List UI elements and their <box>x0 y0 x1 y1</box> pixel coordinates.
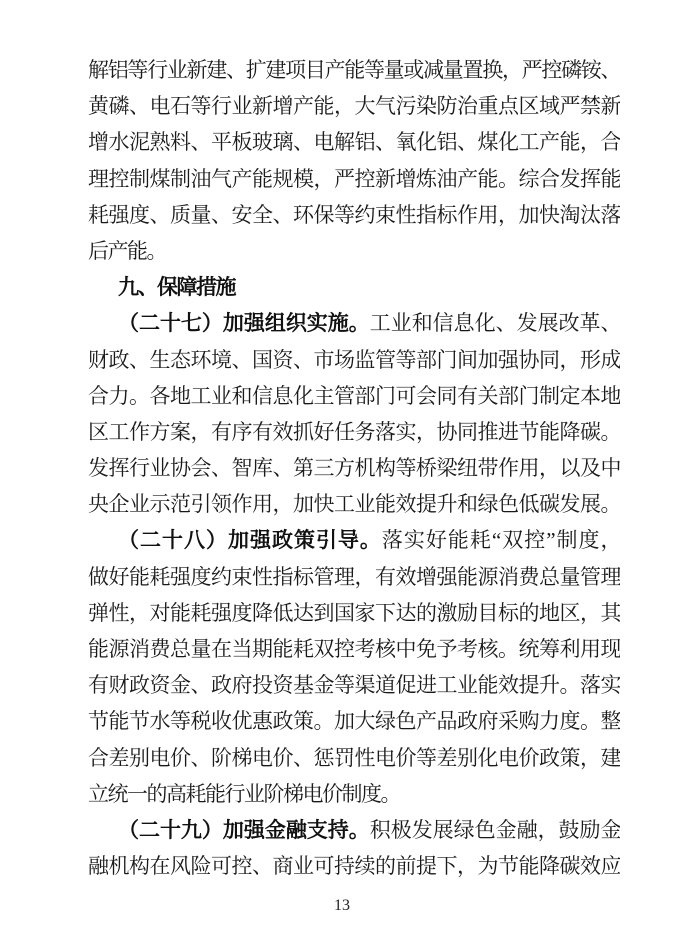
text-line: 央企业示范引领作用，加快工业能效提升和绿色低碳发展。 <box>88 486 620 522</box>
text-line: （二十八）加强政策引导。落实好能耗“双控”制度， <box>88 522 620 558</box>
body-text: 落实好能耗“双控”制度， <box>382 528 620 552</box>
bold-lead-text: 九、保障措施 <box>118 275 235 299</box>
body-text: 发挥行业协会、智库、第三方机构等桥梁纽带作用，以及中 <box>88 456 620 480</box>
text-line: 有财政资金、政府投资基金等渠道促进工业能效提升。落实 <box>88 667 620 703</box>
text-line: 做好能耗强度约束性指标管理，有效增强能源消费总量管理 <box>88 559 620 595</box>
page-number: 13 <box>0 893 684 919</box>
body-text: 耗强度、质量、安全、环保等约束性指标作用，加快淘汰落 <box>88 203 620 227</box>
body-text: 有财政资金、政府投资基金等渠道促进工业能效提升。落实 <box>88 673 620 697</box>
text-line: 能源消费总量在当期能耗双控考核中免予考核。统筹利用现 <box>88 631 620 667</box>
bold-lead-text: （二十九）加强金融支持。 <box>118 818 370 842</box>
document-body: 解铝等行业新建、扩建项目产能等量或减量置换，严控磷铵、黄磷、电石等行业新增产能，… <box>88 52 620 884</box>
text-line: 合差别电价、阶梯电价、惩罚性电价等差别化电价政策，建 <box>88 740 620 776</box>
body-text: 增水泥熟料、平板玻璃、电解铝、氧化铝、煤化工产能，合 <box>88 130 620 154</box>
body-text: 工业和信息化、发展改革、 <box>370 311 620 335</box>
body-text: 财政、生态环境、国资、市场监管等部门间加强协同，形成 <box>88 348 620 372</box>
text-line: 弹性，对能耗强度降低达到国家下达的激励目标的地区，其 <box>88 595 620 631</box>
body-text: 节能节水等税收优惠政策。加大绿色产品政府采购力度。整 <box>88 709 620 733</box>
body-text: 融机构在风险可控、商业可持续的前提下，为节能降碳效应 <box>88 854 620 878</box>
body-text: 区工作方案，有序有效抓好任务落实，协同推进节能降碳。 <box>88 420 620 444</box>
text-line: 立统一的高耗能行业阶梯电价制度。 <box>88 776 620 812</box>
document-page: 解铝等行业新建、扩建项目产能等量或减量置换，严控磷铵、黄磷、电石等行业新增产能，… <box>0 0 684 932</box>
body-text: 积极发展绿色金融，鼓励金 <box>370 818 620 842</box>
text-line: 解铝等行业新建、扩建项目产能等量或减量置换，严控磷铵、 <box>88 52 620 88</box>
text-line: 财政、生态环境、国资、市场监管等部门间加强协同，形成 <box>88 342 620 378</box>
body-text: 后产能。 <box>88 239 166 263</box>
body-text: 解铝等行业新建、扩建项目产能等量或减量置换，严控磷铵、 <box>88 58 620 82</box>
text-line: 发挥行业协会、智库、第三方机构等桥梁纽带作用，以及中 <box>88 450 620 486</box>
bold-lead-text: （二十八）加强政策引导。 <box>118 528 382 552</box>
text-line: 合力。各地工业和信息化主管部门可会同有关部门制定本地 <box>88 378 620 414</box>
body-text: 合差别电价、阶梯电价、惩罚性电价等差别化电价政策，建 <box>88 746 620 770</box>
text-line: 后产能。 <box>88 233 620 269</box>
body-text: 能源消费总量在当期能耗双控考核中免予考核。统筹利用现 <box>88 637 620 661</box>
body-text: 做好能耗强度约束性指标管理，有效增强能源消费总量管理 <box>88 565 620 589</box>
bold-lead-text: （二十七）加强组织实施。 <box>118 311 370 335</box>
body-text: 弹性，对能耗强度降低达到国家下达的激励目标的地区，其 <box>88 601 620 625</box>
text-line: 黄磷、电石等行业新增产能，大气污染防治重点区域严禁新 <box>88 88 620 124</box>
text-line: 九、保障措施 <box>88 269 620 305</box>
body-text: 理控制煤制油气产能规模，严控新增炼油产能。综合发挥能 <box>88 167 620 191</box>
text-line: 节能节水等税收优惠政策。加大绿色产品政府采购力度。整 <box>88 703 620 739</box>
body-text: 黄磷、电石等行业新增产能，大气污染防治重点区域严禁新 <box>88 94 620 118</box>
body-text: 立统一的高耗能行业阶梯电价制度。 <box>88 782 400 806</box>
text-line: 增水泥熟料、平板玻璃、电解铝、氧化铝、煤化工产能，合 <box>88 124 620 160</box>
text-line: （二十七）加强组织实施。工业和信息化、发展改革、 <box>88 305 620 341</box>
body-text: 合力。各地工业和信息化主管部门可会同有关部门制定本地 <box>88 384 620 408</box>
body-text: 央企业示范引领作用，加快工业能效提升和绿色低碳发展。 <box>88 492 620 516</box>
text-line: 区工作方案，有序有效抓好任务落实，协同推进节能降碳。 <box>88 414 620 450</box>
text-line: 融机构在风险可控、商业可持续的前提下，为节能降碳效应 <box>88 848 620 884</box>
text-line: （二十九）加强金融支持。积极发展绿色金融，鼓励金 <box>88 812 620 848</box>
text-line: 理控制煤制油气产能规模，严控新增炼油产能。综合发挥能 <box>88 161 620 197</box>
text-line: 耗强度、质量、安全、环保等约束性指标作用，加快淘汰落 <box>88 197 620 233</box>
